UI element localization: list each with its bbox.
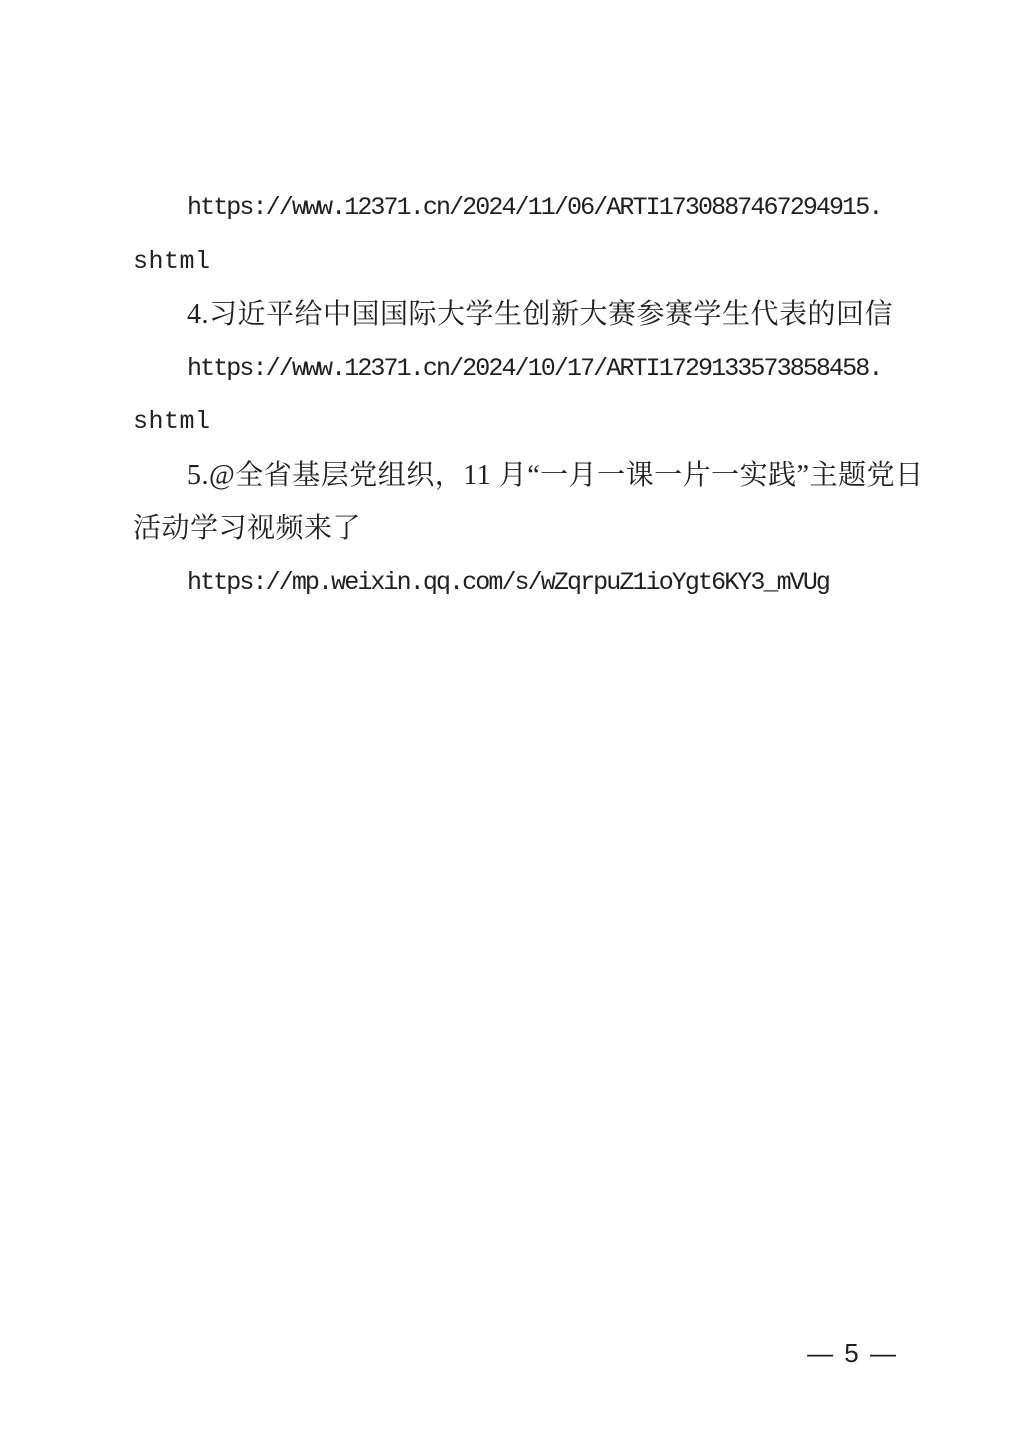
reference-url-item5: https://mp.weixin.qq.com/s/wZqrpuZ1ioYgt… — [133, 556, 897, 610]
document-page: https://www.12371.cn/2024/11/06/ARTI1730… — [0, 0, 1024, 1448]
page-number: — 5 — — [807, 1337, 898, 1369]
reference-url-item4b-line2: shtml — [133, 395, 897, 449]
document-body: https://www.12371.cn/2024/11/06/ARTI1730… — [133, 181, 897, 609]
reference-url-item4b-line1: https://www.12371.cn/2024/10/17/ARTI1729… — [133, 342, 897, 396]
list-item-4-title: 4.习近平给中国国际大学生创新大赛参赛学生代表的回信 — [133, 288, 897, 342]
reference-url-item4-line2: shtml — [133, 235, 897, 289]
reference-url-item4-line1: https://www.12371.cn/2024/11/06/ARTI1730… — [133, 181, 897, 235]
list-item-5-title-line2: 活动学习视频来了 — [133, 502, 897, 556]
list-item-5-title-line1: 5.@全省基层党组织，11 月“一月一课一片一实践”主题党日 — [133, 449, 897, 503]
